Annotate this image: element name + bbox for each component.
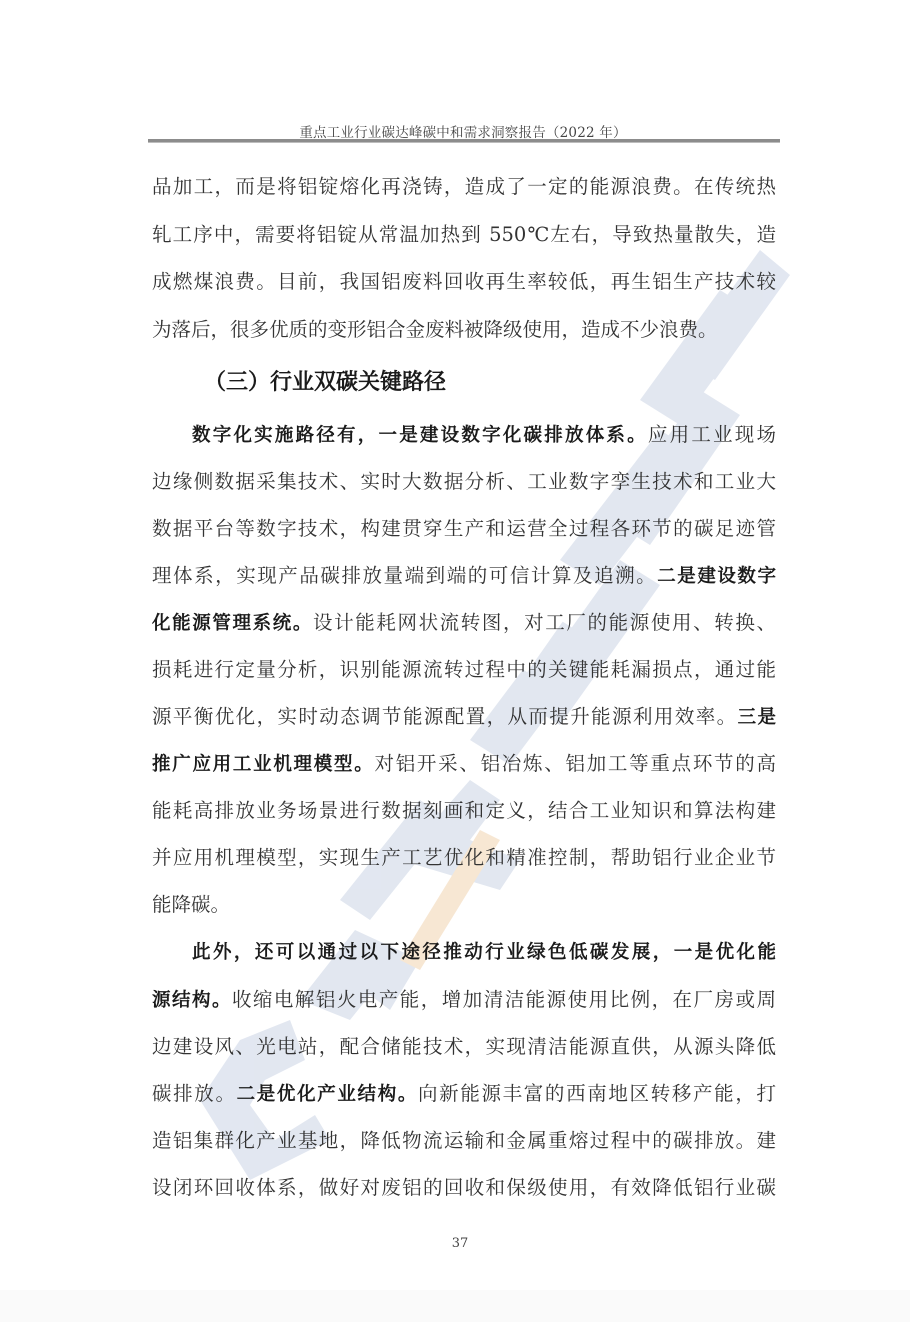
text-line: 数据平台等数字技术，构建贯穿生产和运营全过程各环节的碳足迹管 [152, 514, 776, 544]
text-line: 设闭环回收体系，做好对废铝的回收和保级使用，有效降低铝行业碳 [152, 1173, 776, 1203]
text-line: 数字化实施路径有，一是建设数字化碳排放体系。应用工业现场 [152, 420, 776, 450]
text-line: 损耗进行定量分析，识别能源流转过程中的关键能耗漏损点，通过能 [152, 655, 776, 685]
bold-lead: 推广应用工业机理模型。 [152, 754, 374, 775]
text-line: 源平衡优化，实时动态调节能源配置，从而提升能源利用效率。三是 [152, 702, 776, 732]
page-bottom-shade [0, 1290, 910, 1322]
text-line: 成燃煤浪费。目前，我国铝废料回收再生率较低，再生铝生产技术较 [152, 267, 776, 297]
text-line: 能耗高排放业务场景进行数据刻画和定义，结合工业知识和算法构建 [152, 796, 776, 826]
text-line: 此外，还可以通过以下途径推动行业绿色低碳发展，一是优化能 [152, 938, 776, 968]
page-number: 37 [440, 1236, 480, 1251]
text-line: 为落后，很多优质的变形铝合金废料被降级使用，造成不少浪费。 [152, 315, 776, 345]
section-heading: （三）行业双碳关键路径 [204, 367, 446, 399]
text-line: 化能源管理系统。设计能耗网状流转图，对工厂的能源使用、转换、 [152, 608, 776, 638]
text-line: 边缘侧数据采集技术、实时大数据分析、工业数字孪生技术和工业大 [152, 467, 776, 497]
text-line: 碳排放。二是优化产业结构。向新能源丰富的西南地区转移产能，打 [152, 1079, 776, 1109]
text-line: 并应用机理模型，实现生产工艺优化和精准控制，帮助铝行业企业节 [152, 843, 776, 873]
bold-lead: 三是 [738, 707, 776, 728]
bold-lead: 化能源管理系统。 [152, 613, 313, 634]
header-divider [148, 139, 780, 143]
bold-lead: 源结构。 [152, 990, 232, 1011]
text-line: 轧工序中，需要将铝锭从常温加热到 550℃左右，导致热量散失，造 [152, 220, 776, 250]
bold-lead: 数字化实施路径有，一是建设数字化碳排放体系。 [192, 425, 648, 446]
text-line: 能降碳。 [152, 890, 776, 920]
text-line: 造铝集群化产业基地，降低物流运输和金属重熔过程中的碳排放。建 [152, 1126, 776, 1156]
document-page: 重点工业行业碳达峰碳中和需求洞察报告（2022 年） 品加工，而是将铝锭熔化再浇… [0, 0, 910, 1322]
bold-lead: 二是建设数字 [657, 566, 776, 587]
text-line: 理体系，实现产品碳排放量端到端的可信计算及追溯。二是建设数字 [152, 561, 776, 591]
text-line: 源结构。收缩电解铝火电产能，增加清洁能源使用比例，在厂房或周 [152, 985, 776, 1015]
bold-lead: 二是优化产业结构。 [237, 1084, 418, 1105]
text-line: 推广应用工业机理模型。对铝开采、铝冶炼、铝加工等重点环节的高 [152, 749, 776, 779]
running-header: 重点工业行业碳达峰碳中和需求洞察报告（2022 年） [148, 121, 778, 141]
text-line: 边建设风、光电站，配合储能技术，实现清洁能源直供，从源头降低 [152, 1032, 776, 1062]
text-line: 品加工，而是将铝锭熔化再浇铸，造成了一定的能源浪费。在传统热 [152, 172, 776, 202]
